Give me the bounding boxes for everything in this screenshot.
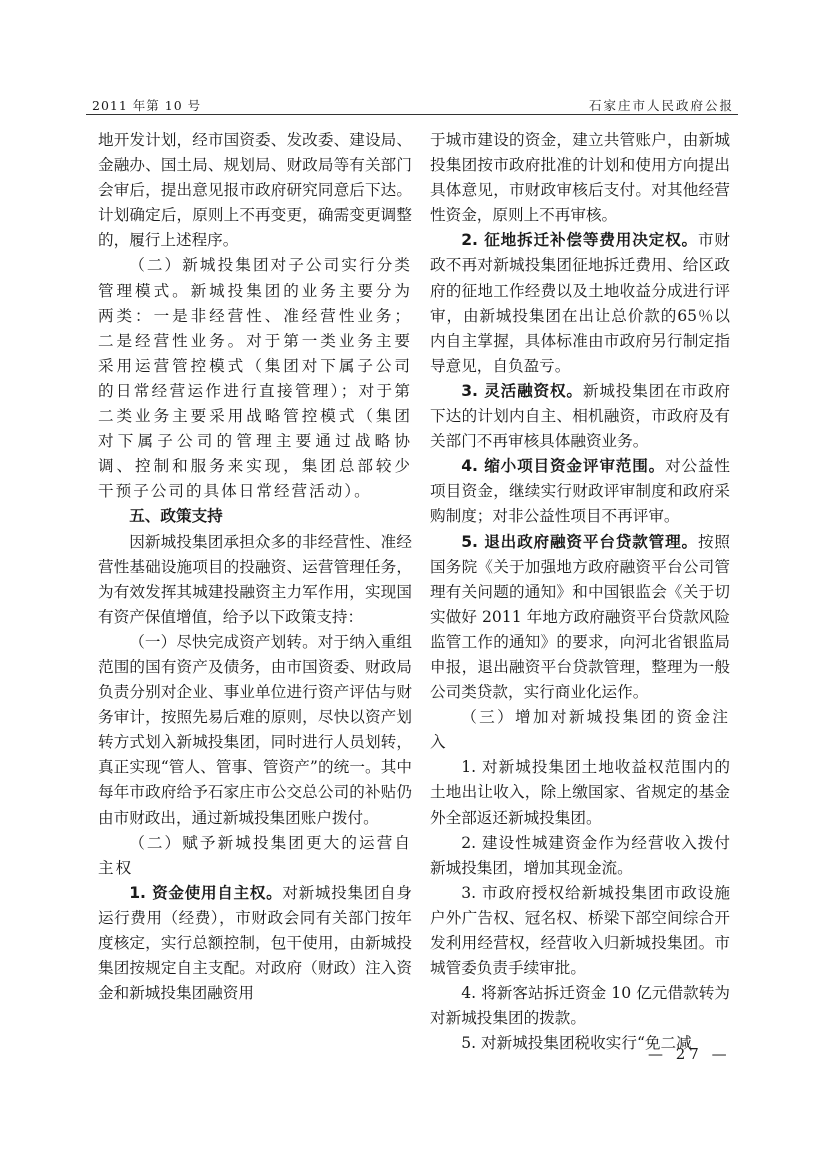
subsection-heading: （三）增加对新城投集团的资金注入 bbox=[430, 705, 730, 755]
issue-label: 2011 年第 10 号 bbox=[92, 96, 201, 114]
item-text: 按照国务院《关于加强地方政府融资平台公司管理有关问题的通知》和中国银监会《关于切… bbox=[430, 533, 730, 702]
paragraph: 于城市建设的资金，建立共管账户，由新城投集团按市政府批准的计划和使用方向提出具体… bbox=[430, 128, 730, 228]
item-text: 市财政不再对新城投集团征地拆迁费用、给区政府的征地工作经费以及土地收益分成进行评… bbox=[430, 231, 730, 374]
paragraph: 1. 对新城投集团土地收益权范围内的土地出让收入，除上缴国家、省规定的基金外全部… bbox=[430, 755, 730, 830]
paragraph: 1. 资金使用自主权。对新城投集团自身运行费用（经费），市财政会同有关部门按年度… bbox=[98, 881, 412, 1006]
paragraph: （一）尽快完成资产划转。对于纳入重组范围的国有资产及债务，由市国资委、财政局负责… bbox=[98, 630, 412, 831]
paragraph: 2. 征地拆迁补偿等费用决定权。市财政不再对新城投集团征地拆迁费用、给区政府的征… bbox=[430, 228, 730, 379]
paragraph: 4. 缩小项目资金评审范围。对公益性项目资金，继续实行财政评审制度和政府采购制度… bbox=[430, 454, 730, 529]
item-lead: 3. 灵活融资权。 bbox=[461, 382, 583, 400]
subsection-heading: （二）新城投集团对子公司实行分类管理模式。新城投集团的业务主要分为两类：一是非经… bbox=[98, 253, 412, 504]
left-column: 地开发计划，经市国资委、发改委、建设局、金融办、国土局、规划局、财政局等有关部门… bbox=[98, 128, 412, 1006]
paragraph: 2. 建设性城建资金作为经营收入拨付新城投集团，增加其现金流。 bbox=[430, 831, 730, 881]
page-header: 2011 年第 10 号 石家庄市人民政府公报 bbox=[86, 94, 738, 115]
paragraph: 3. 灵活融资权。新城投集团在市政府下达的计划内自主、相机融资，市政府及有关部门… bbox=[430, 379, 730, 454]
paragraph: 地开发计划，经市国资委、发改委、建设局、金融办、国土局、规划局、财政局等有关部门… bbox=[98, 128, 412, 253]
paragraph: 5. 退出政府融资平台贷款管理。按照国务院《关于加强地方政府融资平台公司管理有关… bbox=[430, 530, 730, 706]
publication-title: 石家庄市人民政府公报 bbox=[589, 96, 734, 114]
item-lead: 5. 退出政府融资平台贷款管理。 bbox=[461, 533, 698, 551]
item-lead: 1. 资金使用自主权。 bbox=[129, 884, 282, 902]
paragraph: 4. 将新客站拆迁资金 10 亿元借款转为对新城投集团的拨款。 bbox=[430, 981, 730, 1031]
page-number: — 27 — bbox=[648, 1045, 731, 1063]
right-column: 于城市建设的资金，建立共管账户，由新城投集团按市政府批准的计划和使用方向提出具体… bbox=[430, 128, 730, 1056]
paragraph: 3. 市政府授权给新城投集团市政设施户外广告权、冠名权、桥梁下部空间综合开发利用… bbox=[430, 881, 730, 981]
paragraph: 因新城投集团承担众多的非经营性、准经营性基础设施项目的投融资、运营管理任务，为有… bbox=[98, 530, 412, 630]
item-lead: 2. 征地拆迁补偿等费用决定权。 bbox=[461, 231, 698, 249]
section-heading: 五、政策支持 bbox=[98, 504, 412, 529]
item-lead: 4. 缩小项目资金评审范围。 bbox=[461, 457, 665, 475]
subsection-heading: （二）赋予新城投集团更大的运营自主权 bbox=[98, 831, 412, 881]
